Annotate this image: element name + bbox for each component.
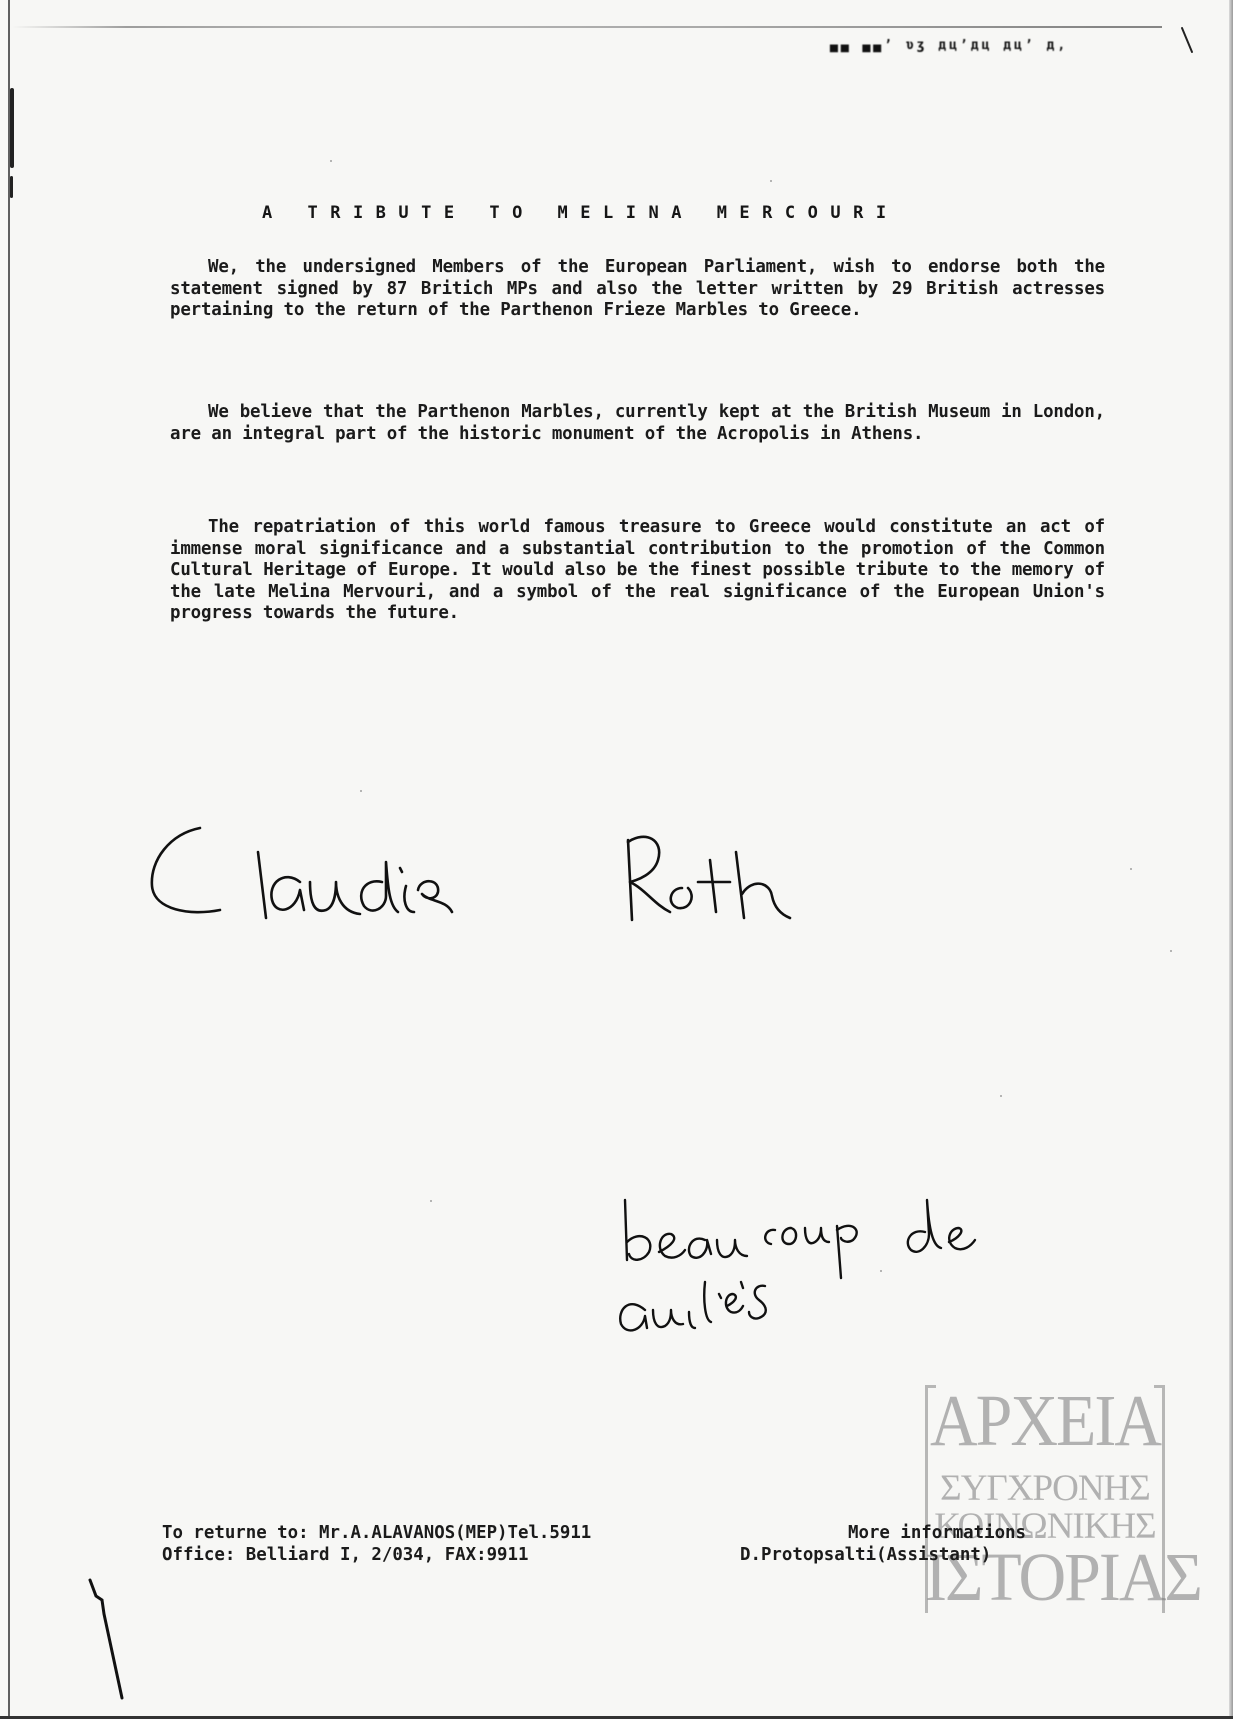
return-address: To returne to: Mr.A.ALAVANOS(MEP)Tel.591… <box>162 1522 591 1566</box>
paragraph-endorsement: We, the undersigned Members of the Europ… <box>170 257 1105 322</box>
scan-speck <box>360 790 362 792</box>
office-line: Office: Belliard I, 2/034, FAX:9911 <box>162 1544 591 1566</box>
paragraph-belief: We believe that the Parthenon Marbles, c… <box>170 402 1105 445</box>
assistant-name: D.Protopsalti(Assistant) <box>740 1544 1026 1566</box>
document-page: ▄▄ ▄▄’ ʋʒ дц’дц дц’ д, A TRIBUTE TO MELI… <box>0 0 1233 1719</box>
pen-stroke-mark <box>80 1570 140 1710</box>
more-information-contact: More informationsD.Protopsalti(Assistant… <box>848 1522 1026 1566</box>
stamp-line: ΑΡΧΕΙΑ <box>925 1384 1165 1461</box>
paragraph-text: We believe that the Parthenon Marbles, c… <box>170 402 1105 444</box>
fax-top-rule <box>12 26 1162 28</box>
pen-stroke-mark <box>1178 26 1198 56</box>
scan-edge-right <box>1229 0 1233 1719</box>
handwritten-note: beaucoup de <box>615 1190 995 1335</box>
scan-speck <box>1130 868 1132 870</box>
document-title: A TRIBUTE TO MELINA MERCOURI <box>262 203 899 223</box>
scan-speck <box>1170 950 1172 952</box>
more-info-label: More informations <box>848 1522 1026 1544</box>
return-to-line: To returne to: Mr.A.ALAVANOS(MEP)Tel.591… <box>162 1522 591 1544</box>
scan-speck <box>430 1200 432 1202</box>
stamp-line: ΣΥΓΧΡΟΝΗΣ <box>925 1469 1165 1509</box>
fax-transmission-header: ▄▄ ▄▄’ ʋʒ дц’дц дц’ д, <box>830 38 1068 53</box>
scan-mark <box>10 88 14 168</box>
scan-speck <box>770 180 772 182</box>
scan-speck <box>880 1270 882 1272</box>
paragraph-text: We, the undersigned Members of the Europ… <box>170 257 1105 320</box>
scan-speck <box>1000 1095 1002 1097</box>
archive-stamp-watermark: ΑΡΧΕΙΑ ΣΥΓΧΡΟΝΗΣ ΚΟΙΝΩΝΙΚΗΣ ΙΣΤΟΡΙΑΣ <box>925 1385 1165 1610</box>
scan-edge-left <box>8 0 10 1719</box>
scan-mark <box>10 176 13 198</box>
scan-speck <box>330 160 332 162</box>
paragraph-repatriation: The repatriation of this world famous tr… <box>170 517 1105 625</box>
handwritten-signature: Claudia Roth <box>150 820 900 940</box>
paragraph-text: The repatriation of this world famous tr… <box>170 517 1105 623</box>
